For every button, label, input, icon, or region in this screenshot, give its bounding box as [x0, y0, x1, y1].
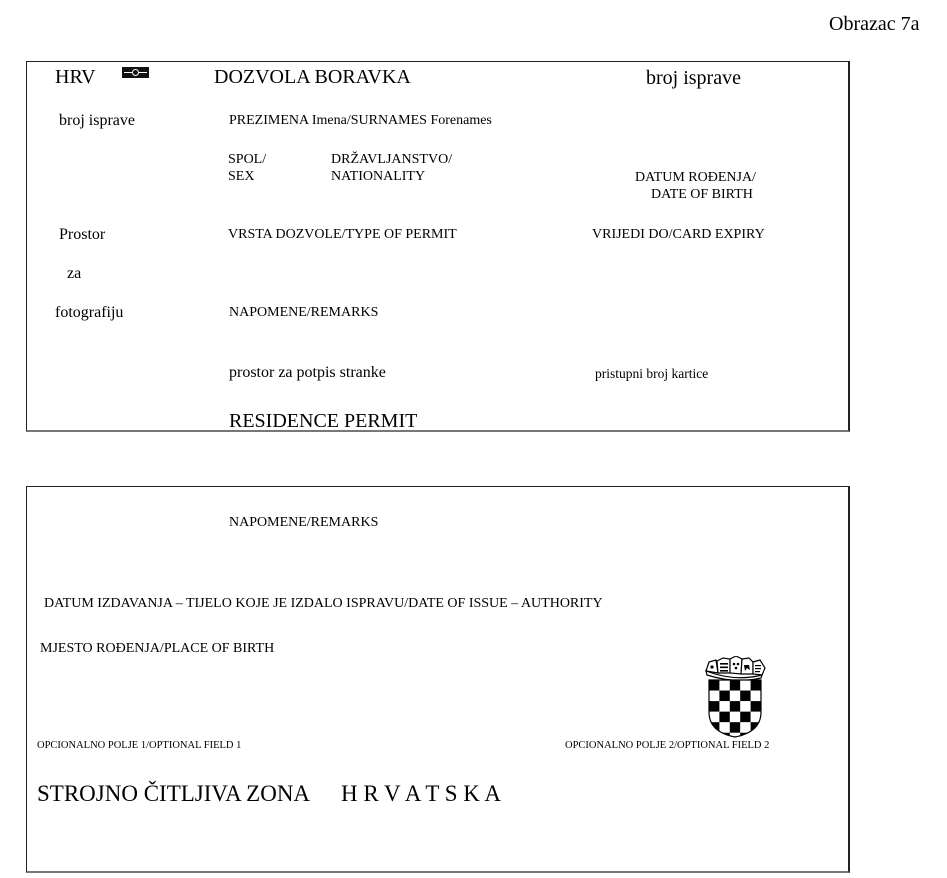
photo-area-label-1: Prostor	[59, 227, 105, 243]
date-of-birth-label-1: DATUM ROĐENJA/	[635, 171, 756, 185]
permit-type-field: VRSTA DOZVOLE/TYPE OF PERMIT	[228, 228, 457, 242]
optional-field-1: OPCIONALNO POLJE 1/OPTIONAL FIELD 1	[37, 741, 241, 752]
machine-readable-zone-label: STROJNO ČITLJIVA ZONA	[37, 782, 310, 805]
sex-field-label-1: SPOL/	[228, 153, 266, 167]
access-number-field: pristupni broj kartice	[595, 367, 708, 381]
nationality-field-label-2: NATIONALITY	[331, 170, 425, 184]
back-remarks-field: NAPOMENE/REMARKS	[229, 516, 378, 530]
country-code: HRV	[55, 67, 96, 87]
surnames-field: PREZIMENA Imena/SURNAMES Forenames	[229, 114, 492, 128]
croatian-coat-of-arms-icon	[703, 656, 767, 738]
issue-authority-field: DATUM IZDAVANJA – TIJELO KOJE JE IZDALO …	[44, 597, 603, 611]
place-of-birth-field: MJESTO ROĐENJA/PLACE OF BIRTH	[40, 642, 274, 656]
form-label: Obrazac 7a	[829, 14, 920, 34]
photo-area-label-3: fotografiju	[55, 305, 123, 321]
nationality-field-label-1: DRŽAVLJANSTVO/	[331, 153, 452, 167]
signature-field: prostor za potpis stranke	[229, 365, 386, 381]
document-number-top: broj isprave	[646, 68, 741, 88]
optional-field-2: OPCIONALNO POLJE 2/OPTIONAL FIELD 2	[565, 741, 769, 752]
sex-field-label-2: SEX	[228, 170, 254, 184]
country-name-spaced: H R V A T S K A	[341, 782, 501, 805]
card-expiry-field: VRIJEDI DO/CARD EXPIRY	[592, 228, 765, 242]
card-title: DOZVOLA BORAVKA	[214, 67, 411, 87]
residence-permit-subtitle: RESIDENCE PERMIT	[229, 411, 417, 431]
contactless-chip-icon	[122, 67, 149, 78]
remarks-field: NAPOMENE/REMARKS	[229, 306, 378, 320]
date-of-birth-label-2: DATE OF BIRTH	[651, 188, 753, 202]
document-number-left: broj isprave	[59, 113, 135, 129]
photo-area-label-2: za	[67, 266, 81, 282]
